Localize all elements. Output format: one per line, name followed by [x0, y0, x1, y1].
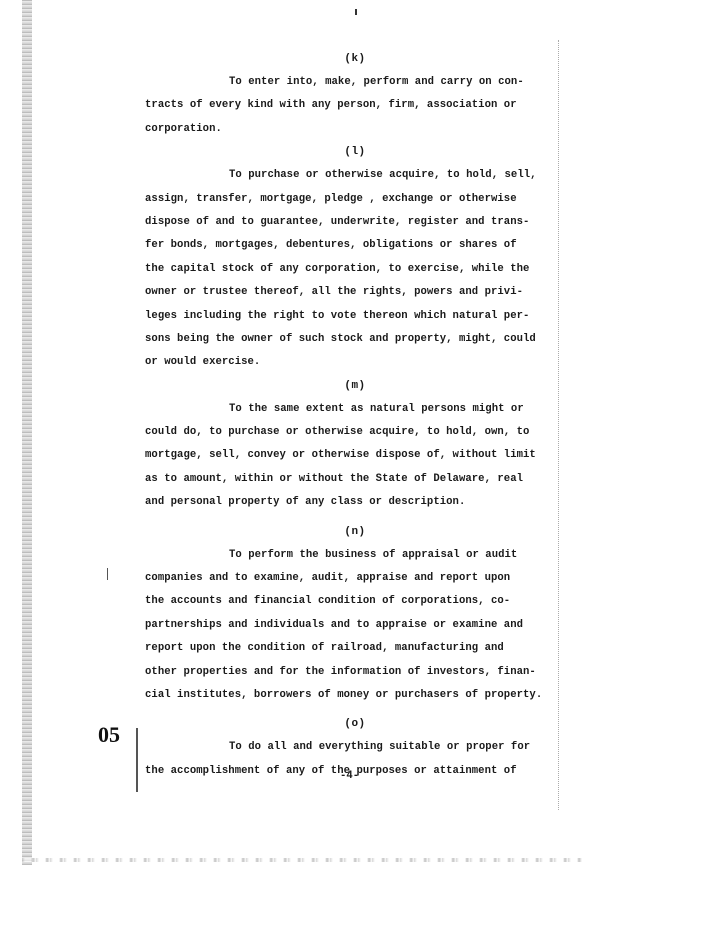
- paragraph-line: and personal property of any class or de…: [145, 491, 565, 514]
- page-number: -4-: [340, 770, 359, 782]
- scan-edge-bottom: [22, 858, 582, 862]
- paragraph-line: corporation.: [145, 118, 565, 141]
- paragraph-line: could do, to purchase or otherwise acqui…: [145, 421, 565, 444]
- scan-mark-left: [107, 568, 108, 580]
- paragraph-line: tracts of every kind with any person, fi…: [145, 94, 565, 117]
- paragraph-line: dispose of and to guarantee, underwrite,…: [145, 211, 565, 234]
- section-l: (l) To purchase or otherwise acquire, to…: [145, 141, 565, 375]
- paragraph-line: cial institutes, borrowers of money or p…: [145, 684, 565, 707]
- paragraph-line: or would exercise.: [145, 351, 565, 374]
- paragraph-line: as to amount, within or without the Stat…: [145, 468, 565, 491]
- paragraph-line: partnerships and individuals and to appr…: [145, 614, 565, 637]
- paragraph-line: To do all and everything suitable or pro…: [145, 736, 565, 759]
- paragraph-line: To purchase or otherwise acquire, to hol…: [145, 164, 565, 187]
- margin-number: 05: [98, 722, 120, 748]
- section-heading: (l): [145, 141, 565, 164]
- scan-edge-left: [22, 0, 32, 865]
- paragraph-line: owner or trustee thereof, all the rights…: [145, 281, 565, 304]
- section-n: (n) To perform the business of appraisal…: [145, 521, 565, 708]
- section-heading: (k): [145, 48, 565, 71]
- section-k: (k) To enter into, make, perform and car…: [145, 48, 565, 141]
- section-heading: (m): [145, 375, 565, 398]
- scan-mark-top: [355, 9, 357, 15]
- document-page: (k) To enter into, make, perform and car…: [145, 48, 565, 783]
- paragraph-line: other properties and for the information…: [145, 661, 565, 684]
- paragraph-line: companies and to examine, audit, apprais…: [145, 567, 565, 590]
- paragraph-line: sons being the owner of such stock and p…: [145, 328, 565, 351]
- paragraph-line: To enter into, make, perform and carry o…: [145, 71, 565, 94]
- paragraph-line: leges including the right to vote thereo…: [145, 305, 565, 328]
- paragraph-line: the capital stock of any corporation, to…: [145, 258, 565, 281]
- margin-bar: [136, 728, 138, 792]
- section-m: (m) To the same extent as natural person…: [145, 375, 565, 515]
- paragraph-line: mortgage, sell, convey or otherwise disp…: [145, 444, 565, 467]
- section-heading: (n): [145, 521, 565, 544]
- paragraph-line: fer bonds, mortgages, debentures, obliga…: [145, 234, 565, 257]
- paragraph-line: To perform the business of appraisal or …: [145, 544, 565, 567]
- paragraph-line: the accounts and financial condition of …: [145, 590, 565, 613]
- section-heading: (o): [145, 713, 565, 736]
- paragraph-line: report upon the condition of railroad, m…: [145, 637, 565, 660]
- paragraph-line: To the same extent as natural persons mi…: [145, 398, 565, 421]
- paragraph-line: assign, transfer, mortgage, pledge , exc…: [145, 188, 565, 211]
